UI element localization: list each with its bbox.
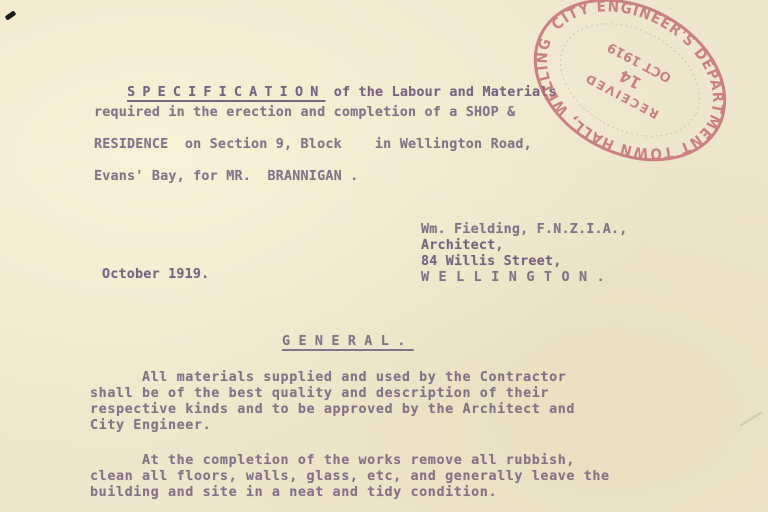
architect-city: WELLINGTON. [421, 270, 614, 285]
paragraph-1-line-3: respective kinds and to be approved by t… [90, 402, 575, 419]
stamp-oval-icon: CITY ENGINEER'S DEPARTMENT TOWN HALL, WE… [504, 0, 755, 195]
document-page: SPECIFICATION of the Labour and Material… [0, 0, 768, 512]
paragraph-1-line-1: All materials supplied and used by the C… [90, 370, 566, 387]
paper-crease [739, 411, 762, 426]
document-date: October 1919. [102, 267, 209, 282]
paragraph-1-line-2: shall be of the best quality and descrip… [90, 386, 549, 403]
title-word: SPECIFICATION [127, 85, 325, 100]
paragraph-2-line-2: clean all floors, walls, glass, etc, and… [90, 469, 610, 486]
paragraph-2-line-3: building and site in a neat and tidy con… [90, 485, 497, 502]
paragraph-1-line-4: City Engineer. [90, 418, 211, 435]
architect-street: 84 Willis Street, [421, 254, 561, 269]
received-stamp: CITY ENGINEER'S DEPARTMENT TOWN HALL, WE… [504, 0, 755, 195]
paragraph-2-line-1: At the completion of the works remove al… [90, 453, 575, 470]
section-heading-general: GENERAL. [282, 334, 414, 349]
intro-line-1: required in the erection and completion … [94, 105, 515, 120]
architect-name: Wm. Fielding, F.N.Z.I.A., [421, 222, 628, 237]
ink-mark [5, 10, 17, 20]
intro-line-3: Evans' Bay, for MR. BRANNIGAN . [94, 169, 358, 184]
intro-line-2: RESIDENCE on Section 9, Block in Welling… [94, 137, 532, 152]
architect-title: Architect, [421, 238, 504, 253]
